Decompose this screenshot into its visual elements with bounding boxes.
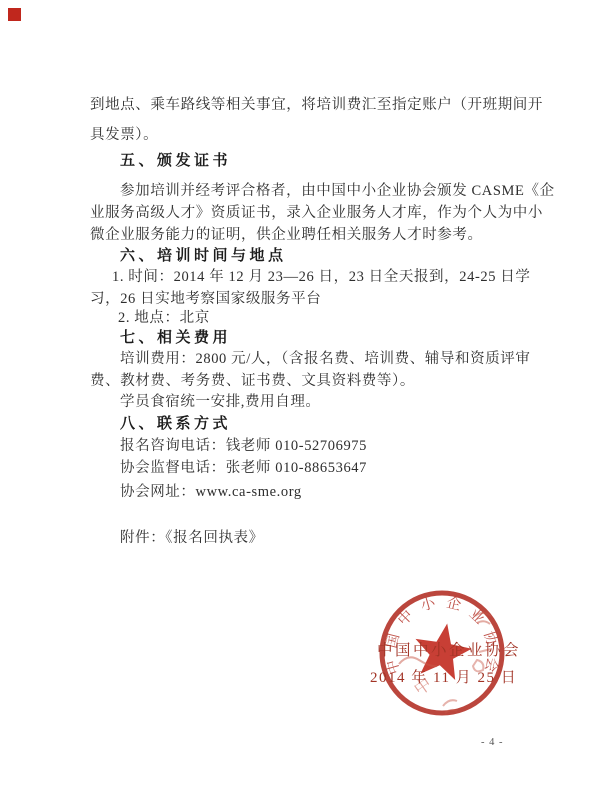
red-corner-mark — [8, 8, 21, 21]
body-line: 费、教材费、考务费、证书费、文具资料费等）。 — [90, 371, 514, 391]
body-line: 业服务高级人才》资质证书，录入企业服务人才库，作为个人为中小 — [90, 203, 514, 223]
attachment-line: 附件：《报名回执表》 — [90, 528, 544, 548]
body-line: 1. 时间：2014 年 12 月 23—26 日，23 日全天报到，24-25… — [90, 267, 536, 287]
body-line: 学员食宿统一安排,费用自理。 — [90, 392, 544, 412]
section-heading-contact: 八、联系方式 — [90, 414, 544, 434]
phone-registration-line: 报名咨询电话：钱老师 010-52706975 — [90, 436, 544, 456]
seal-scribble — [443, 700, 457, 713]
body-line: 参加培训并经考评合格者，由中国中小企业协会颁发 CASME《企 — [90, 181, 544, 201]
seal-ring-text: 中国中小企业协会 — [383, 594, 501, 676]
body-line: 习，26 日实地考察国家级服务平台 — [90, 289, 514, 309]
svg-text:中国中小企业协会: 中国中小企业协会 — [383, 594, 501, 676]
body-line: 培训费用：2800 元/人，（含报名费、培训费、辅导和资质评审 — [90, 349, 544, 369]
seal-date: 2014 年 11 月 25 日 — [370, 666, 517, 687]
seal-scribble — [475, 613, 491, 624]
section-heading-certificate: 五、颁发证书 — [90, 151, 544, 171]
page-number: - 4 - — [481, 737, 504, 748]
website-line: 协会网址：www.ca-sme.org — [90, 482, 544, 502]
body-line: 2. 地点：北京 — [90, 308, 542, 328]
body-line: 具发票）。 — [90, 125, 514, 145]
document-page: 到地点、乘车路线等相关事宜，将培训费汇至指定账户（开班期间开 具发票）。 五、颁… — [0, 0, 594, 792]
section-heading-time-location: 六、培训时间与地点 — [90, 246, 544, 266]
phone-supervision-line: 协会监督电话：张老师 010-88653647 — [90, 458, 544, 478]
body-line: 到地点、乘车路线等相关事宜，将培训费汇至指定账户（开班期间开 — [90, 95, 514, 115]
seal-organization-name: 中国中小企业协会 — [377, 638, 521, 660]
section-heading-fees: 七、相关费用 — [90, 328, 544, 348]
body-line: 微企业服务能力的证明，供企业聘任相关服务人才时参考。 — [90, 225, 514, 245]
